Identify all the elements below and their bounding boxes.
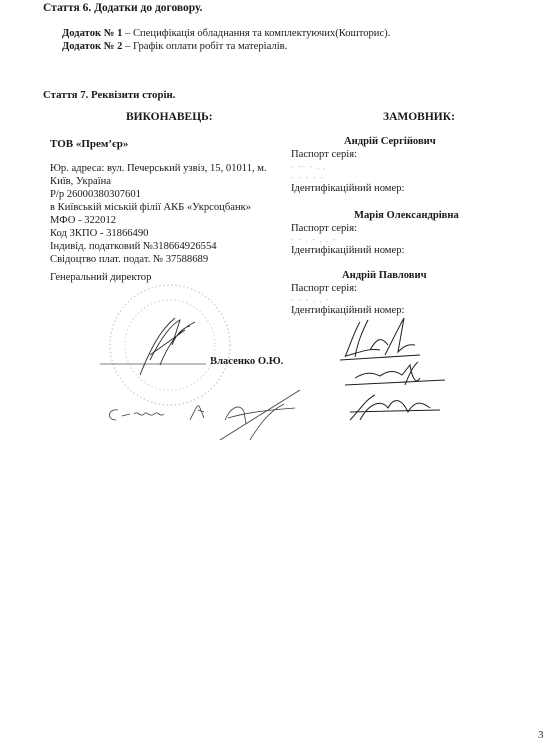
page-number: 3: [538, 729, 544, 741]
contractor-signature: [140, 318, 195, 375]
handwritten-note: Стекано А. Дудинюк: [113, 405, 237, 418]
customer-signatures: [340, 318, 445, 420]
signatures-and-stamp: [0, 0, 556, 750]
